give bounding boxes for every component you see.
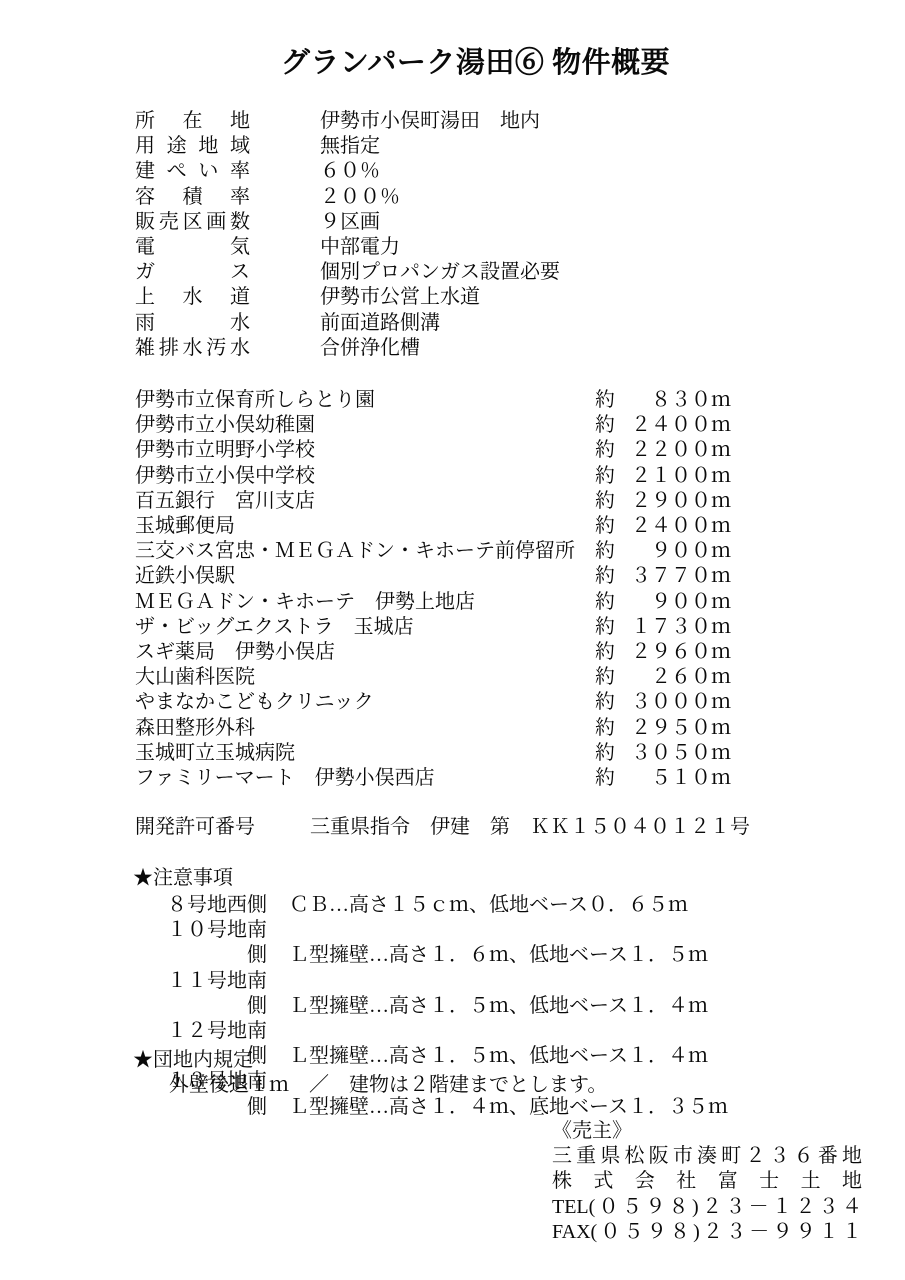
note-description: Ｌ型擁壁…高さ１．６ｍ、低地ベース１．５ｍ <box>289 944 708 966</box>
facility-distance: ３０５０ｍ <box>619 741 731 766</box>
detail-value: 伊勢市小俣町湯田 地内 <box>320 109 540 134</box>
detail-row: 電気 中部電力 <box>135 235 560 260</box>
facility-row: 伊勢市立明野小学校 約 ２２００ｍ <box>135 438 731 463</box>
facility-name: スギ薬局 伊勢小俣店 <box>135 640 595 665</box>
seller-block: 《売主》 三重県松阪市湊町２３６番地 株式会社富士土地 TEL(０５９８)２３－… <box>552 1119 862 1245</box>
facility-name: ファミリーマート 伊勢小俣西店 <box>135 766 595 791</box>
facility-name: 玉城郵便局 <box>135 514 595 539</box>
facility-distance: ２６０ｍ <box>619 665 731 690</box>
detail-value: 前面道路側溝 <box>320 311 440 336</box>
facility-distance: ２４００ｍ <box>619 514 731 539</box>
approx-label: 約 <box>595 564 619 589</box>
facility-distance: １７３０ｍ <box>619 615 731 640</box>
facility-row: 近鉄小俣駅 約 ３７７０ｍ <box>135 564 731 589</box>
facility-distance: ２２００ｍ <box>619 438 731 463</box>
detail-label: 容積率 <box>135 185 250 210</box>
note-plot: ８号地西側 <box>151 893 267 918</box>
seller-address: 三重県松阪市湊町２３６番地 <box>552 1144 862 1169</box>
detail-row: 容積率 ２００％ <box>135 185 560 210</box>
detail-label: ガス <box>135 260 250 285</box>
facility-distance: ２４００ｍ <box>619 413 731 438</box>
facility-row: 百五銀行 宮川支店 約 ２９００ｍ <box>135 489 731 514</box>
detail-row: 建ぺい率 ６０％ <box>135 159 560 184</box>
detail-row: 雨水 前面道路側溝 <box>135 311 560 336</box>
facility-name: 大山歯科医院 <box>135 665 595 690</box>
facility-name: 近鉄小俣駅 <box>135 564 595 589</box>
facility-name: 百五銀行 宮川支店 <box>135 489 595 514</box>
approx-label: 約 <box>595 615 619 640</box>
facility-distance: ９００ｍ <box>619 539 731 564</box>
detail-row: ガス 個別プロパンガス設置必要 <box>135 260 560 285</box>
property-overview-document: グランパーク湯田⑥ 物件概要 所在地 伊勢市小俣町湯田 地内 用途地域 無指定 … <box>0 0 905 1280</box>
facility-distance-list: 伊勢市立保育所しらとり園 約 ８３０ｍ 伊勢市立小俣幼稚園 約 ２４００ｍ 伊勢… <box>135 388 731 791</box>
detail-value: ２００％ <box>320 185 400 210</box>
facility-row: ＭＥＧＡドン・キホーテ 伊勢上地店 約 ９００ｍ <box>135 590 731 615</box>
detail-label: 建ぺい率 <box>135 159 250 184</box>
facility-row: ファミリーマート 伊勢小俣西店 約 ５１０ｍ <box>135 766 731 791</box>
facility-row: スギ薬局 伊勢小俣店 約 ２９６０ｍ <box>135 640 731 665</box>
development-permit-row: 開発許可番号 三重県指令 伊建 第 ＫＫ１５０４０１２１号 <box>135 815 750 840</box>
note-row: １１号地南側 Ｌ型擁壁…高さ１．５ｍ、低地ベース１．４ｍ <box>133 969 728 1019</box>
detail-row: 雑排水汚水 合併浄化槽 <box>135 336 560 361</box>
note-row: ８号地西側 ＣＢ…高さ１５ｃｍ、低地ベース０．６５ｍ <box>133 893 728 918</box>
note-row: １０号地南側 Ｌ型擁壁…高さ１．６ｍ、低地ベース１．５ｍ <box>133 918 728 968</box>
approx-label: 約 <box>595 640 619 665</box>
facility-name: ＭＥＧＡドン・キホーテ 伊勢上地店 <box>135 590 595 615</box>
facility-row: 三交バス宮忠・ＭＥＧＡドン・キホーテ前停留所 約 ９００ｍ <box>135 539 731 564</box>
facility-distance: ２９６０ｍ <box>619 640 731 665</box>
detail-label: 雑排水汚水 <box>135 336 250 361</box>
permit-label: 開発許可番号 <box>135 815 255 840</box>
facility-row: 大山歯科医院 約 ２６０ｍ <box>135 665 731 690</box>
seller-heading: 《売主》 <box>552 1119 862 1144</box>
facility-row: 玉城郵便局 約 ２４００ｍ <box>135 514 731 539</box>
permit-number: 三重県指令 伊建 第 ＫＫ１５０４０１２１号 <box>310 815 750 840</box>
page-title: グランパーク湯田⑥ 物件概要 <box>0 42 905 84</box>
facility-distance: ５１０ｍ <box>619 766 731 791</box>
facility-name: 伊勢市立小俣中学校 <box>135 464 595 489</box>
seller-tel: TEL(０５９８)２３－１２３４ <box>552 1195 862 1220</box>
note-description: Ｌ型擁壁…高さ１．５ｍ、低地ベース１．４ｍ <box>289 995 708 1017</box>
facility-row: 森田整形外科 約 ２９５０ｍ <box>135 716 731 741</box>
detail-value: 個別プロパンガス設置必要 <box>320 260 560 285</box>
facility-distance: ２９００ｍ <box>619 489 731 514</box>
detail-row: 上水道 伊勢市公営上水道 <box>135 285 560 310</box>
estate-regulations-section: ★団地内規定 外壁後退１ｍ ／ 建物は２階建までとします。 <box>133 1048 607 1098</box>
detail-value: 中部電力 <box>320 235 400 260</box>
facility-row: 伊勢市立小俣中学校 約 ２１００ｍ <box>135 464 731 489</box>
approx-label: 約 <box>595 438 619 463</box>
facility-name: 伊勢市立保育所しらとり園 <box>135 388 595 413</box>
note-description: ＣＢ…高さ１５ｃｍ、低地ベース０．６５ｍ <box>289 894 688 916</box>
facility-row: 玉城町立玉城病院 約 ３０５０ｍ <box>135 741 731 766</box>
detail-value: 伊勢市公営上水道 <box>320 285 480 310</box>
approx-label: 約 <box>595 741 619 766</box>
property-details-list: 所在地 伊勢市小俣町湯田 地内 用途地域 無指定 建ぺい率 ６０％ 容積率 ２０… <box>135 109 560 361</box>
detail-label: 上水道 <box>135 285 250 310</box>
approx-label: 約 <box>595 489 619 514</box>
facility-distance: ８３０ｍ <box>619 388 731 413</box>
approx-label: 約 <box>595 413 619 438</box>
facility-distance: ３０００ｍ <box>619 690 731 715</box>
seller-fax: FAX(０５９８)２３－９９１１ <box>552 1220 862 1245</box>
detail-row: 所在地 伊勢市小俣町湯田 地内 <box>135 109 560 134</box>
detail-label: 販売区画数 <box>135 210 250 235</box>
facility-row: 伊勢市立小俣幼稚園 約 ２４００ｍ <box>135 413 731 438</box>
facility-row: ザ・ビッグエクストラ 玉城店 約 １７３０ｍ <box>135 615 731 640</box>
note-plot: １０号地南側 <box>151 918 267 968</box>
facility-distance: ２１００ｍ <box>619 464 731 489</box>
approx-label: 約 <box>595 514 619 539</box>
note-plot: １１号地南側 <box>151 969 267 1019</box>
detail-value: 合併浄化槽 <box>320 336 420 361</box>
detail-row: 用途地域 無指定 <box>135 134 560 159</box>
facility-name: 三交バス宮忠・ＭＥＧＡドン・キホーテ前停留所 <box>135 539 595 564</box>
detail-label: 所在地 <box>135 109 250 134</box>
approx-label: 約 <box>595 539 619 564</box>
approx-label: 約 <box>595 388 619 413</box>
detail-value: ６０％ <box>320 159 380 184</box>
approx-label: 約 <box>595 464 619 489</box>
note-description: Ｌ型擁壁…高さ１．４ｍ、底地ベース１．３５ｍ <box>289 1096 728 1118</box>
approx-label: 約 <box>595 690 619 715</box>
facility-name: やまなかこどもクリニック <box>135 690 595 715</box>
facility-name: 伊勢市立小俣幼稚園 <box>135 413 595 438</box>
approx-label: 約 <box>595 590 619 615</box>
detail-label: 雨水 <box>135 311 250 336</box>
facility-name: ザ・ビッグエクストラ 玉城店 <box>135 615 595 640</box>
facility-name: 森田整形外科 <box>135 716 595 741</box>
regulations-text: 外壁後退１ｍ ／ 建物は２階建までとします。 <box>133 1073 607 1098</box>
seller-company: 株式会社富士土地 <box>552 1169 862 1194</box>
approx-label: 約 <box>595 766 619 791</box>
approx-label: 約 <box>595 665 619 690</box>
facility-row: 伊勢市立保育所しらとり園 約 ８３０ｍ <box>135 388 731 413</box>
facility-distance: ３７７０ｍ <box>619 564 731 589</box>
regulations-heading: ★団地内規定 <box>133 1048 607 1073</box>
detail-label: 電気 <box>135 235 250 260</box>
detail-row: 販売区画数 ９区画 <box>135 210 560 235</box>
facility-name: 伊勢市立明野小学校 <box>135 438 595 463</box>
detail-value: ９区画 <box>320 210 380 235</box>
approx-label: 約 <box>595 716 619 741</box>
facility-row: やまなかこどもクリニック 約 ３０００ｍ <box>135 690 731 715</box>
facility-distance: ２９５０ｍ <box>619 716 731 741</box>
notes-heading: ★注意事項 <box>133 866 728 891</box>
facility-distance: ９００ｍ <box>619 590 731 615</box>
detail-label: 用途地域 <box>135 134 250 159</box>
facility-name: 玉城町立玉城病院 <box>135 741 595 766</box>
detail-value: 無指定 <box>320 134 380 159</box>
